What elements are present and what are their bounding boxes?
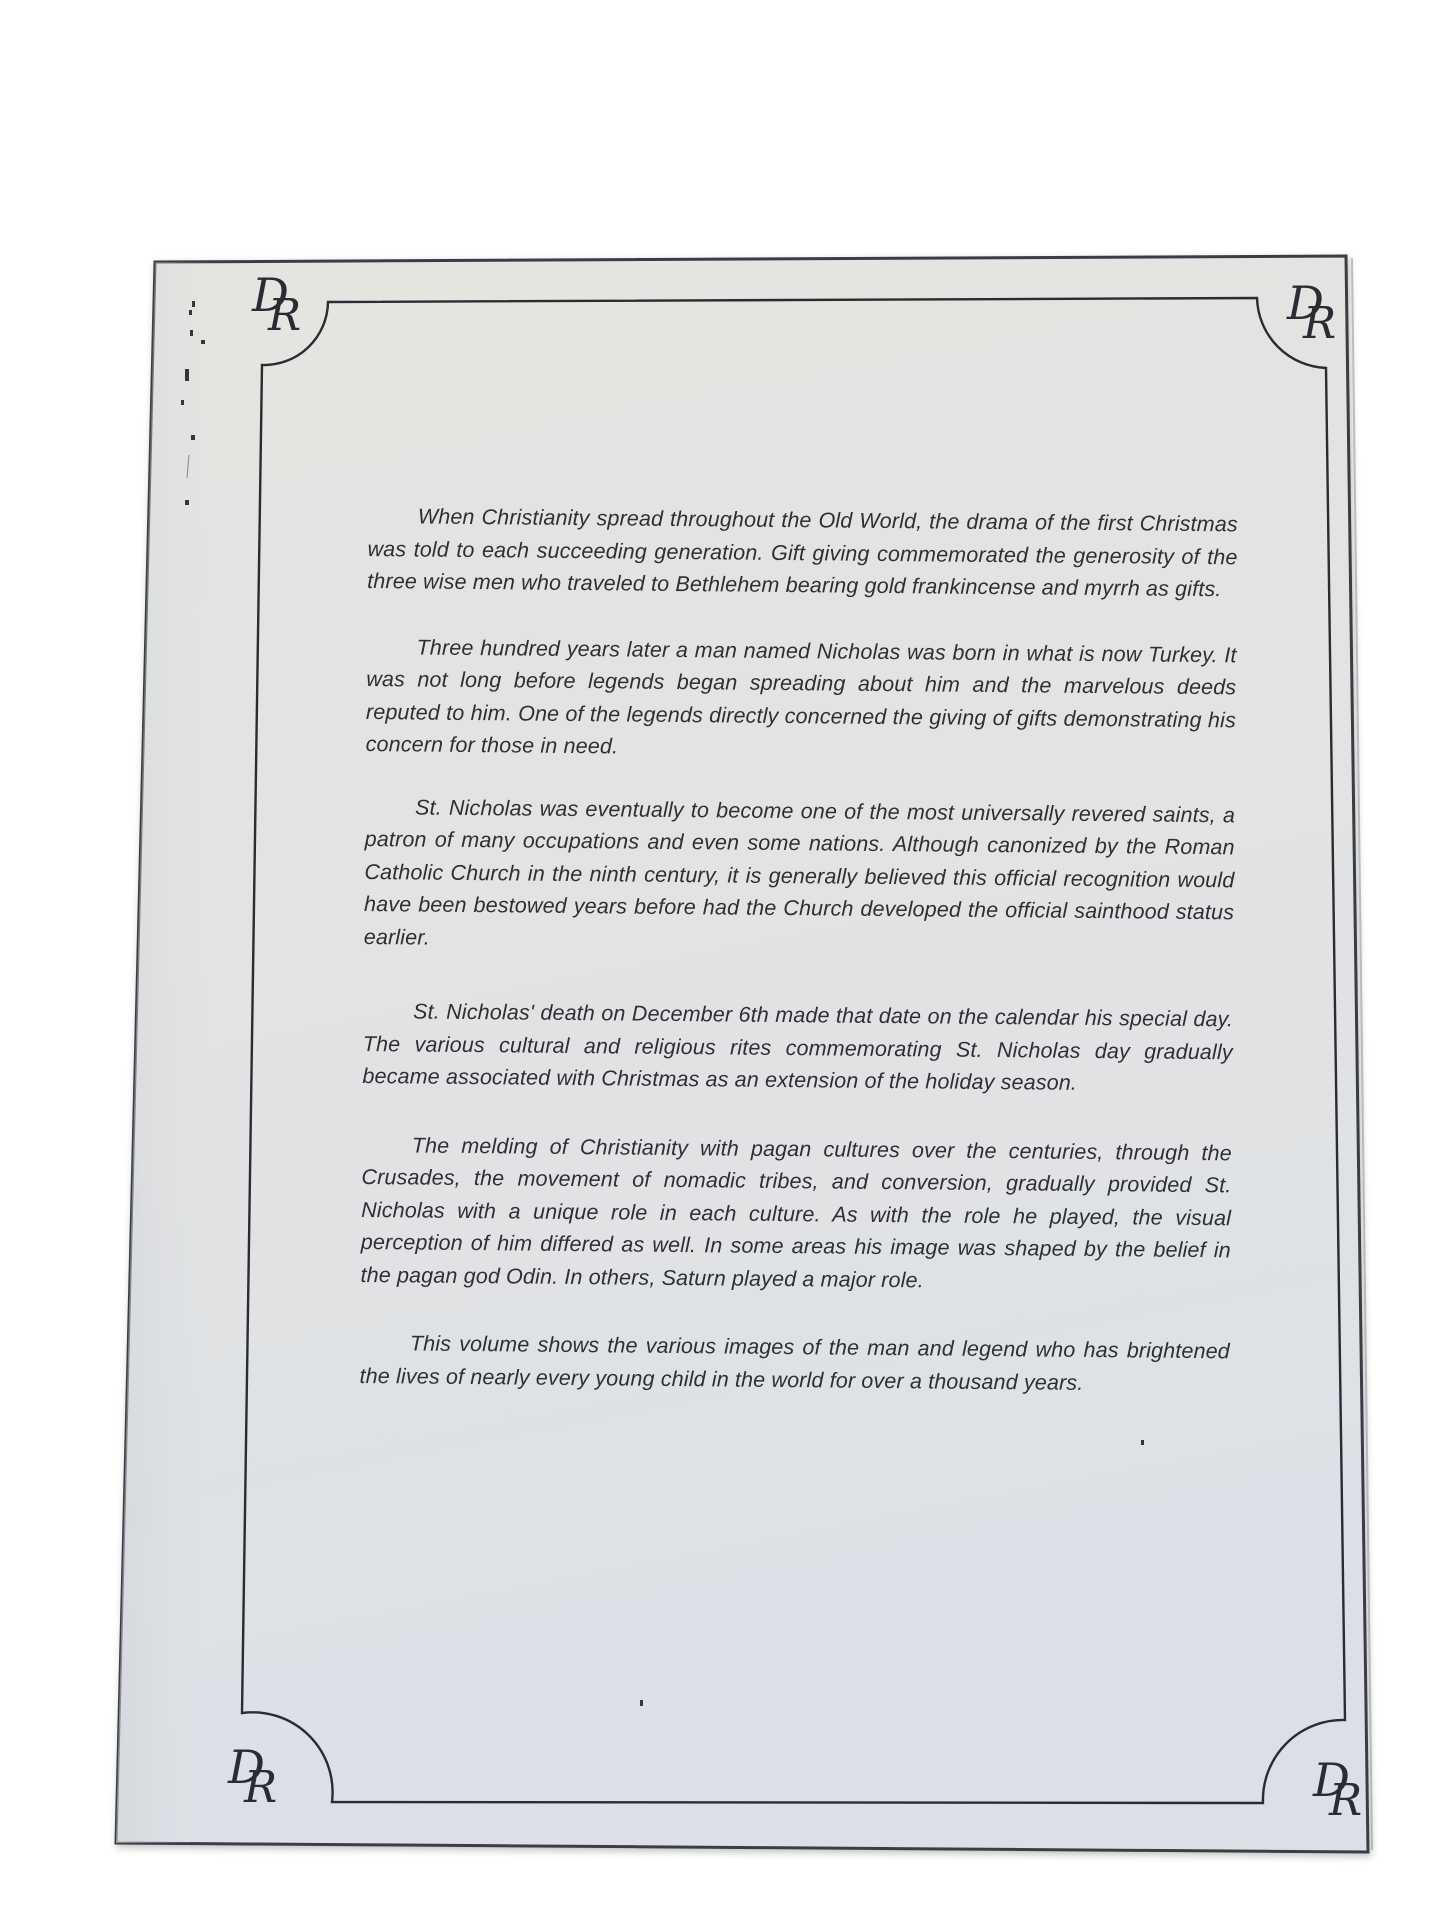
paragraph-pagan-cultures: The melding of Christianity with pagan c… (360, 1128, 1232, 1299)
paper-sheet: D R D R D R D R When Christianity spread… (0, 0, 1445, 1927)
paragraph-this-volume: This volume shows the various images of … (359, 1327, 1230, 1400)
paragraph-revered-saint: St. Nicholas was eventually to become on… (364, 790, 1236, 961)
body-text: When Christianity spread throughout the … (359, 500, 1238, 1433)
paragraph-december-6th: St. Nicholas' death on December 6th made… (362, 995, 1233, 1101)
paragraph-christianity: When Christianity spread throughout the … (367, 500, 1238, 606)
paragraph-nicholas-born: Three hundred years later a man named Ni… (365, 630, 1236, 768)
